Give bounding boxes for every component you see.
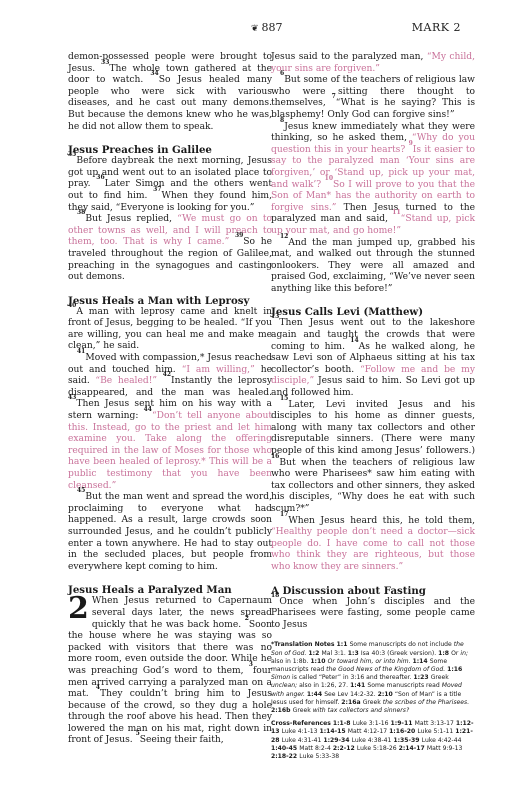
text-run: Cross-References bbox=[271, 720, 331, 727]
verse-number: 45 bbox=[77, 487, 85, 494]
cross-reference: 2:2-12 Luke 5:18-26 bbox=[333, 745, 399, 752]
text-run: 1:2 bbox=[308, 650, 321, 657]
paragraph: 15Later, Levi invited Jesus and his disc… bbox=[271, 400, 475, 516]
cross-reference: 1:14-15 Matt 4:12-17 bbox=[319, 728, 389, 735]
cross-reference: 1:29-34 Luke 4:38-41 bbox=[323, 737, 393, 744]
text-run: Simon bbox=[271, 674, 290, 681]
verse-number: 40 bbox=[68, 302, 76, 309]
verse-number: 42 bbox=[163, 371, 171, 378]
verse-number: 9 bbox=[409, 140, 413, 147]
text-run: 1:14-15 bbox=[319, 728, 347, 735]
text-run: 1:1 Some manuscripts do not include the … bbox=[271, 641, 469, 714]
left-column: demon-possessed people were brought to J… bbox=[68, 52, 272, 747]
text-run: 1:9-11 bbox=[391, 720, 415, 727]
translation-note: 1:10 Or toward him, or into him. bbox=[310, 658, 412, 665]
paragraph: 2When Jesus returned to Capernaum severa… bbox=[68, 596, 272, 747]
ornament-icon: ❦ bbox=[251, 24, 259, 34]
text-run: 1:10 bbox=[310, 658, 327, 665]
translation-note: 1:44 See Lev 14:2-32. bbox=[307, 691, 378, 698]
section-heading: A Discussion about Fasting bbox=[271, 585, 475, 597]
text-run: 1:8 bbox=[438, 650, 451, 657]
cross-reference: 1:9-11 Matt 3:13-17 bbox=[391, 720, 456, 727]
verse-number: 8 bbox=[280, 117, 284, 124]
text-run: Later, Levi invited Jesus and his discip… bbox=[271, 400, 475, 456]
paragraph: demon-possessed people were brought to J… bbox=[68, 52, 272, 133]
text-run: But when the teachers of religious law w… bbox=[271, 458, 475, 514]
text-run: 2:18-22 bbox=[271, 753, 299, 760]
paragraph: 38But Jesus replied, “We must go on to o… bbox=[68, 214, 272, 284]
verse-number: 39 bbox=[235, 232, 243, 239]
verse-number: 4 bbox=[96, 684, 100, 691]
text-run: Jesus said to the paralyzed man, bbox=[271, 52, 427, 62]
paragraph: 41Moved with compassion,* Jesus reached … bbox=[68, 353, 272, 492]
page-header: ❦887 MARK 2 bbox=[0, 21, 524, 41]
text-run: unclean; bbox=[271, 682, 297, 689]
verse-number: 43 bbox=[68, 394, 76, 401]
text-run: 1:16 bbox=[447, 666, 462, 673]
page-number: ❦887 bbox=[251, 21, 283, 34]
text-run: 2:2-12 bbox=[333, 745, 357, 752]
paragraph: 17When Jesus heard this, he told them, “… bbox=[271, 516, 475, 574]
translation-note: 2:16a Greek the scribes of the Pharisees… bbox=[341, 699, 469, 706]
text-run: 2:14-17 bbox=[399, 745, 427, 752]
paragraph: 40A man with leprosy came and knelt in f… bbox=[68, 307, 272, 353]
words-of-jesus: “I am willing,” bbox=[182, 365, 255, 375]
cross-references: Cross-References 1:1-8 Luke 3:1-16 1:9-1… bbox=[271, 720, 475, 761]
text-run: the Good News of the Kingdom of God. bbox=[326, 666, 445, 673]
text-run: *Translation Notes bbox=[271, 641, 335, 648]
verse-number: 37 bbox=[153, 186, 161, 193]
text-run: the scribes of the Pharisees. bbox=[383, 699, 469, 706]
text-run: 2:16b bbox=[271, 707, 293, 714]
paragraph: 35Before daybreak the next morning, Jesu… bbox=[68, 156, 272, 214]
cross-reference: 1:35-39 Luke 4:42-44 bbox=[393, 737, 461, 744]
text-run: 1:23 bbox=[413, 674, 430, 681]
verse-number: 14 bbox=[350, 337, 358, 344]
paragraph: 45But the man went and spread the word, … bbox=[68, 492, 272, 573]
verse-number: 34 bbox=[150, 70, 158, 77]
section-heading: Jesus Heals a Paralyzed Man bbox=[68, 584, 272, 596]
text-run: A man with leprosy came and knelt in fro… bbox=[68, 307, 272, 352]
paragraph: Jesus said to the paralyzed man, “My chi… bbox=[271, 52, 475, 75]
paragraph: 6But some of the teachers of religious l… bbox=[271, 75, 475, 121]
text-run: 1:41 bbox=[350, 682, 367, 689]
text-run: 1:3 bbox=[348, 650, 361, 657]
text-run: in; bbox=[460, 650, 468, 657]
verse-number: 12 bbox=[280, 233, 288, 240]
translation-notes: *Translation Notes 1:1 Some manuscripts … bbox=[271, 641, 475, 761]
text-run: Or toward him, or into him. bbox=[328, 658, 411, 665]
text-run: with tax collectors and sinners? bbox=[313, 707, 410, 714]
text-run: Seeing their faith, bbox=[140, 735, 224, 745]
text-run: But the man went and spread the word, pr… bbox=[68, 492, 272, 572]
cross-reference: 1:1-8 Luke 3:1-16 bbox=[333, 720, 391, 727]
text-run: 887 bbox=[262, 21, 283, 34]
text-run: 1:1 bbox=[337, 641, 350, 648]
paragraph: 8Jesus knew immediately what they were t… bbox=[271, 122, 475, 238]
text-run: 1:14 bbox=[413, 658, 430, 665]
text-run: 1:29-34 bbox=[323, 737, 351, 744]
paragraph: 13Then Jesus went out to the lakeshore a… bbox=[271, 318, 475, 399]
verse-number: 38 bbox=[77, 209, 85, 216]
cross-reference: 2:14-17 Matt 9:9-13 bbox=[399, 745, 463, 752]
verse-number: 36 bbox=[96, 174, 104, 181]
verse-number: 10 bbox=[325, 175, 333, 182]
verse-number: 33 bbox=[101, 59, 109, 66]
paragraph: 12And the man jumped up, grabbed his mat… bbox=[271, 238, 475, 296]
verse-number: 5 bbox=[136, 730, 140, 737]
verse-number: 6 bbox=[280, 70, 284, 77]
verse-number: 18 bbox=[271, 592, 279, 599]
cross-reference: 1:40-45 Matt 8:2-4 bbox=[271, 745, 333, 752]
verse-number: 41 bbox=[77, 348, 85, 355]
cross-reference: 2:18-22 Luke 5:33-38 bbox=[271, 753, 339, 760]
translation-note: 1:3 Isa 40:3 (Greek version). bbox=[348, 650, 438, 657]
text-run: When Jesus heard this, he told them, bbox=[288, 516, 475, 526]
verse-number: 15 bbox=[280, 395, 288, 402]
section-heading: Jesus Preaches in Galilee bbox=[68, 144, 272, 156]
text-run: 1:40-45 bbox=[271, 745, 299, 752]
text-run: Once when John’s disciples and the Phari… bbox=[271, 597, 475, 630]
text-run: 1:1-8 bbox=[333, 720, 353, 727]
text-run: When Jesus returned to Capernaum several… bbox=[92, 596, 272, 629]
text-run: 1:16-20 bbox=[389, 728, 417, 735]
verse-number: 3 bbox=[249, 661, 253, 668]
verse-number: 11 bbox=[392, 209, 400, 216]
translation-note: 2:16b Greek with tax collectors and sinn… bbox=[271, 707, 409, 714]
paragraph: 18Once when John’s disciples and the Pha… bbox=[271, 597, 475, 632]
chapter-drop-cap: 2 bbox=[68, 598, 89, 620]
verse-number: 2 bbox=[245, 615, 249, 622]
section-heading: Jesus Calls Levi (Matthew) bbox=[271, 306, 475, 318]
verse-number: 7 bbox=[332, 93, 336, 100]
text-run: 2:16a bbox=[341, 699, 362, 706]
verse-number: 35 bbox=[68, 151, 76, 158]
verse-number: 16 bbox=[271, 453, 279, 460]
book-chapter-label: MARK 2 bbox=[412, 21, 461, 34]
verse-number: 13 bbox=[271, 313, 279, 320]
verse-number: 44 bbox=[144, 406, 152, 413]
section-heading: Jesus Heals a Man with Leprosy bbox=[68, 295, 272, 307]
text-run: But Jesus replied, bbox=[85, 214, 177, 224]
text-run: 1:35-39 bbox=[393, 737, 421, 744]
cross-reference: 1:16-20 Luke 5:1-11 bbox=[389, 728, 455, 735]
words-of-jesus: “Healthy people don’t need a doctor—sick… bbox=[271, 527, 475, 572]
verse-number: 17 bbox=[280, 511, 288, 518]
text-run: 1:44 bbox=[307, 691, 324, 698]
text-run: 2:10 bbox=[378, 691, 395, 698]
text-run: And the man jumped up, grabbed his mat, … bbox=[271, 238, 475, 294]
words-of-jesus: “Be healed!” bbox=[95, 376, 157, 386]
right-column: Jesus said to the paralyzed man, “My chi… bbox=[271, 52, 475, 761]
words-of-jesus: “Don’t tell anyone about this. Instead, … bbox=[68, 411, 272, 491]
translation-note: 1:2 Mal 3:1. bbox=[308, 650, 347, 657]
